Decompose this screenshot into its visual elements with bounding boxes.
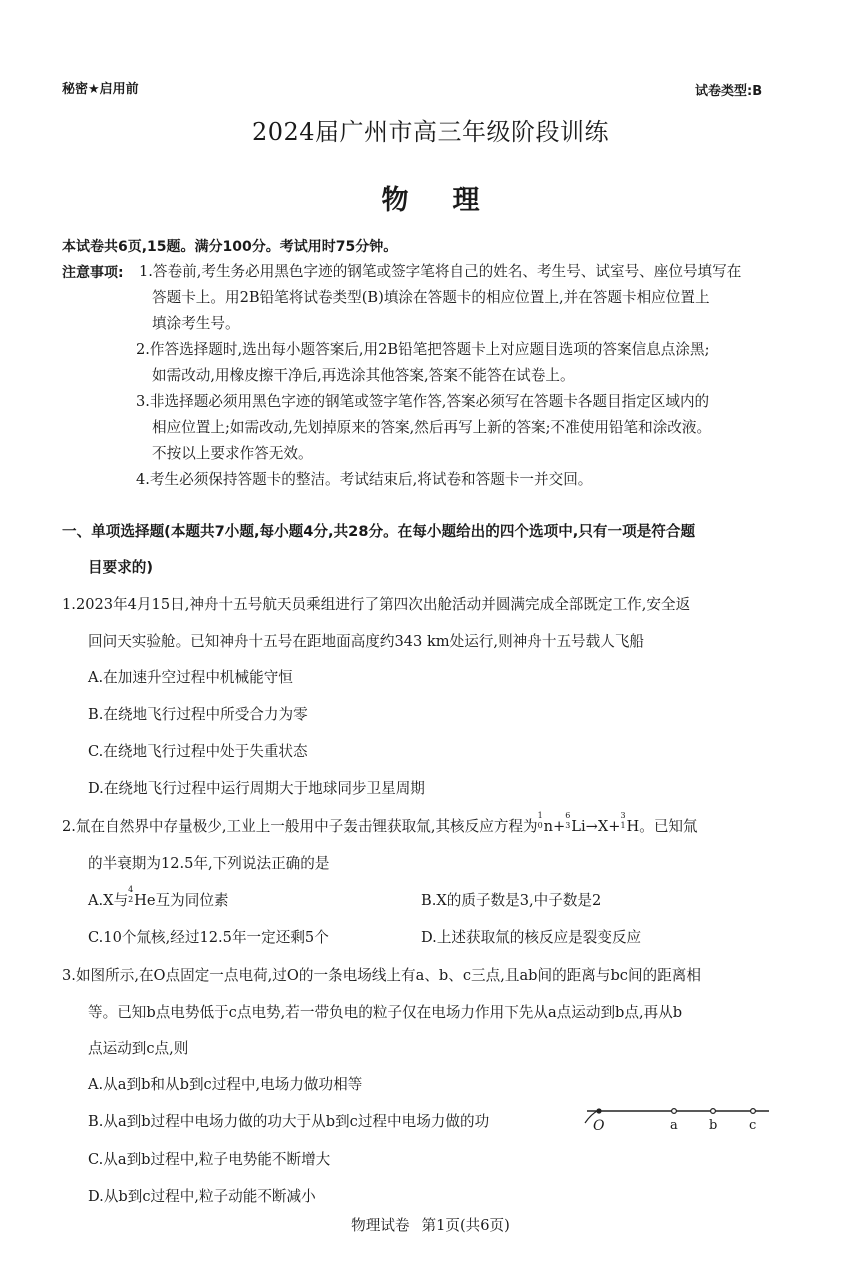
- notice-item-4-line-1: 4.考生必须保持答题卡的整洁。考试结束后,将试卷和答题卡一并交回。: [136, 470, 592, 490]
- lithium-nuclide: 63: [565, 817, 571, 831]
- notice-label: 注意事项:: [62, 262, 124, 282]
- helium-nuclide: 42: [128, 891, 134, 905]
- question-2-option-c[interactable]: C.10个氚核,经过12.5年一定还剩5个: [88, 926, 329, 947]
- point-a-label: a: [670, 1118, 678, 1133]
- question-2-stem-line-2: 的半衰期为12.5年,下列说法正确的是: [88, 852, 329, 873]
- question-2-option-a[interactable]: A.X与42He互为同位素: [88, 889, 229, 910]
- question-1-option-b[interactable]: B.在绕地飞行过程中所受合力为零: [88, 703, 308, 724]
- notice-item-1-line-3: 填涂考生号。: [152, 314, 240, 334]
- question-2-stem-line-1: 2.氚在自然界中存量极少,工业上一般用中子轰击锂获取氚,其核反应方程为10n+6…: [62, 815, 698, 836]
- point-b-label: b: [709, 1118, 717, 1133]
- question-2-number: 2.: [62, 818, 76, 835]
- notice-item-3-line-2: 相应位置上;如需改动,先划掉原来的答案,然后再写上新的答案;不准使用铅笔和涂改液…: [152, 418, 711, 438]
- question-1-stem-line-1: 1.2023年4月15日,神舟十五号航天员乘组进行了第四次出舱活动并圆满完成全部…: [62, 593, 690, 614]
- question-1-option-c[interactable]: C.在绕地飞行过程中处于失重状态: [88, 740, 308, 761]
- footer-page-number: 第1页(共6页): [422, 1217, 510, 1234]
- question-3-stem-line-2: 等。已知b点电势低于c点电势,若一带负电的粒子仅在电场力作用下先从a点运动到b点…: [88, 1001, 682, 1022]
- question-1-text-1: 2023年4月15日,神舟十五号航天员乘组进行了第四次出舱活动并圆满完成全部既定…: [76, 596, 690, 613]
- point-c-label: c: [749, 1118, 756, 1133]
- subject-title: 物理: [0, 178, 861, 217]
- question-3-stem-line-1: 3.如图所示,在O点固定一点电荷,过O的一条电场线上有a、b、c三点,且ab间的…: [62, 964, 701, 985]
- subject-char-1: 物: [382, 185, 409, 216]
- subject-char-2: 理: [453, 185, 480, 216]
- point-o-label: O: [593, 1118, 604, 1134]
- notice-item-2-line-1: 2.作答选择题时,选出每小题答案后,用2B铅笔把答题卡上对应题目选项的答案信息点…: [136, 340, 710, 360]
- question-3-option-a[interactable]: A.从a到b和从b到c过程中,电场力做功相等: [88, 1073, 362, 1094]
- question-1-stem-line-2: 回问天实验舱。已知神舟十五号在距地面高度约343 km处运行,则神舟十五号载人飞…: [88, 630, 644, 651]
- question-1-option-d[interactable]: D.在绕地飞行过程中运行周期大于地球同步卫星周期: [88, 777, 425, 798]
- question-1-number: 1.: [62, 596, 76, 613]
- question-2-text-prefix: 氚在自然界中存量极少,工业上一般用中子轰击锂获取氚,其核反应方程为: [76, 818, 538, 835]
- question-3-option-d[interactable]: D.从b到c过程中,粒子动能不断减小: [88, 1185, 316, 1206]
- question-2-option-b[interactable]: B.X的质子数是3,中子数是2: [421, 889, 601, 910]
- electric-field-line-figure: O a b c: [583, 1098, 773, 1138]
- exam-intro: 本试卷共6页,15题。满分100分。考试用时75分钟。: [62, 236, 397, 256]
- tritium-nuclide: 31: [620, 817, 626, 831]
- question-3-stem-line-3: 点运动到c点,则: [88, 1037, 188, 1058]
- notice-item-3-line-1: 3.非选择题必须用黑色字迹的钢笔或签字笔作答,答案必须写在答题卡各题目指定区域内…: [136, 392, 709, 412]
- confidential-label: 秘密★启用前: [62, 78, 139, 97]
- notice-item-3-line-3: 不按以上要求作答无效。: [152, 444, 313, 464]
- notice-item-1-line-2: 答题卡上。用2B铅笔将试卷类型(B)填涂在答题卡的相应位置上,并在答题卡相应位置…: [152, 288, 710, 308]
- section-1-heading-line-1: 一、单项选择题(本题共7小题,每小题4分,共28分。在每小题给出的四个选项中,只…: [62, 520, 695, 541]
- question-2-option-d[interactable]: D.上述获取氚的核反应是裂变反应: [421, 926, 641, 947]
- paper-type-label: 试卷类型:B: [695, 80, 762, 99]
- section-1-heading-line-2: 目要求的): [88, 556, 153, 577]
- page-footer: 物理试卷第1页(共6页): [0, 1214, 861, 1235]
- question-3-option-c[interactable]: C.从a到b过程中,粒子电势能不断增大: [88, 1148, 330, 1169]
- question-3-number: 3.: [62, 967, 76, 984]
- neutron-nuclide: 10: [538, 817, 544, 831]
- notice-item-2-line-2: 如需改动,用橡皮擦干净后,再选涂其他答案,答案不能答在试卷上。: [152, 366, 575, 386]
- question-1-option-a[interactable]: A.在加速升空过程中机械能守恒: [88, 666, 293, 687]
- field-line-diagram: [583, 1098, 773, 1138]
- footer-subject: 物理试卷: [351, 1217, 409, 1234]
- question-3-option-b[interactable]: B.从a到b过程中电场力做的功大于从b到c过程中电场力做的功: [88, 1110, 489, 1131]
- exam-title: 2024届广州市高三年级阶段训练: [0, 112, 861, 147]
- notice-item-1-line-1: 1.答卷前,考生务必用黑色字迹的钢笔或签字笔将自己的姓名、考生号、试室号、座位号…: [139, 262, 741, 282]
